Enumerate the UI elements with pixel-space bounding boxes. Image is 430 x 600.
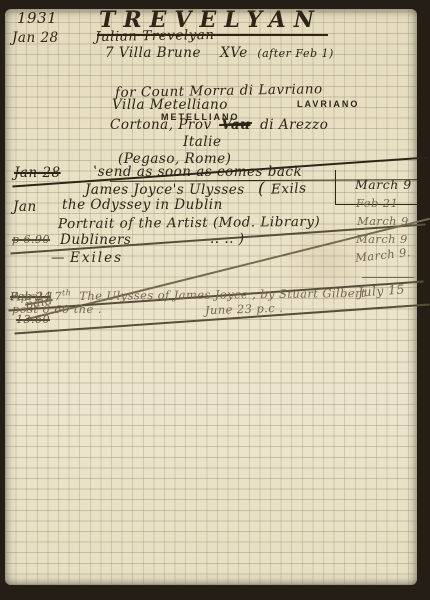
card-year: 1931 [17, 9, 57, 27]
address-note: (after Feb 1) [257, 47, 333, 60]
library-card: 1931 TREVELYAN Jan 28 Julian Trevelyan 7… [5, 9, 417, 585]
footer-title: The Ulysses of James Joyce , by Stuart G… [79, 286, 366, 303]
footer-date-suffix: th [62, 288, 71, 297]
paren-mark: ( [258, 179, 265, 199]
footer-pc-note: June 23 p.c . [205, 301, 284, 318]
loan-date-1: Feb 21 [356, 196, 398, 210]
forwarding-line3-text: Cortona, Prov [110, 117, 212, 133]
date-column-rule [335, 170, 336, 205]
forwarding-line3: Cortona, Prov Vau di Arezzo [110, 117, 328, 133]
send-note: ‛send as soon as comes back [93, 164, 302, 180]
loan-note-exils: Exils [271, 180, 307, 197]
footer-post-note: post 6.60 the . [12, 302, 102, 316]
loan-title-exiles: Exiles [70, 250, 123, 266]
address-arrondissement: XVe [220, 45, 248, 61]
ditto-marks: .. .. ) [210, 231, 245, 247]
send-note-text: send as soon as comes back [98, 164, 302, 180]
member-address: 7 Villa Brune XVe (after Feb 1) [105, 45, 334, 61]
forwarding-line3-struck-word: Vau [221, 117, 250, 133]
member-join-date: Jan 28 [12, 30, 59, 46]
dash-mark: — [51, 250, 65, 266]
forwarding-line2: Villa Metelliano [112, 97, 228, 113]
loan-title-odyssey: the Odyssey in Dublin [62, 197, 223, 213]
loan-margin-1: Jan [13, 199, 37, 215]
loan-title-dubliners: Dubliners [60, 232, 131, 248]
loan-date-3: March 9 [356, 232, 408, 246]
loan-title-portrait: Portrait of the Artist (Mod. Library) [58, 214, 320, 232]
loan-date-0: March 9 [355, 177, 412, 192]
forwarding-line3-text2: di Arezzo [260, 117, 328, 133]
member-name: Julian Trevelyan [95, 27, 215, 45]
ledger-closing-dash [362, 277, 414, 278]
address-street: 7 Villa Brune [105, 45, 201, 61]
loan-title-ulysses: James Joyce's Ulysses [85, 182, 245, 198]
forwarding-country: Italie [183, 134, 221, 150]
forwarding-line1-print-caps: LAVRIANO [297, 99, 359, 109]
